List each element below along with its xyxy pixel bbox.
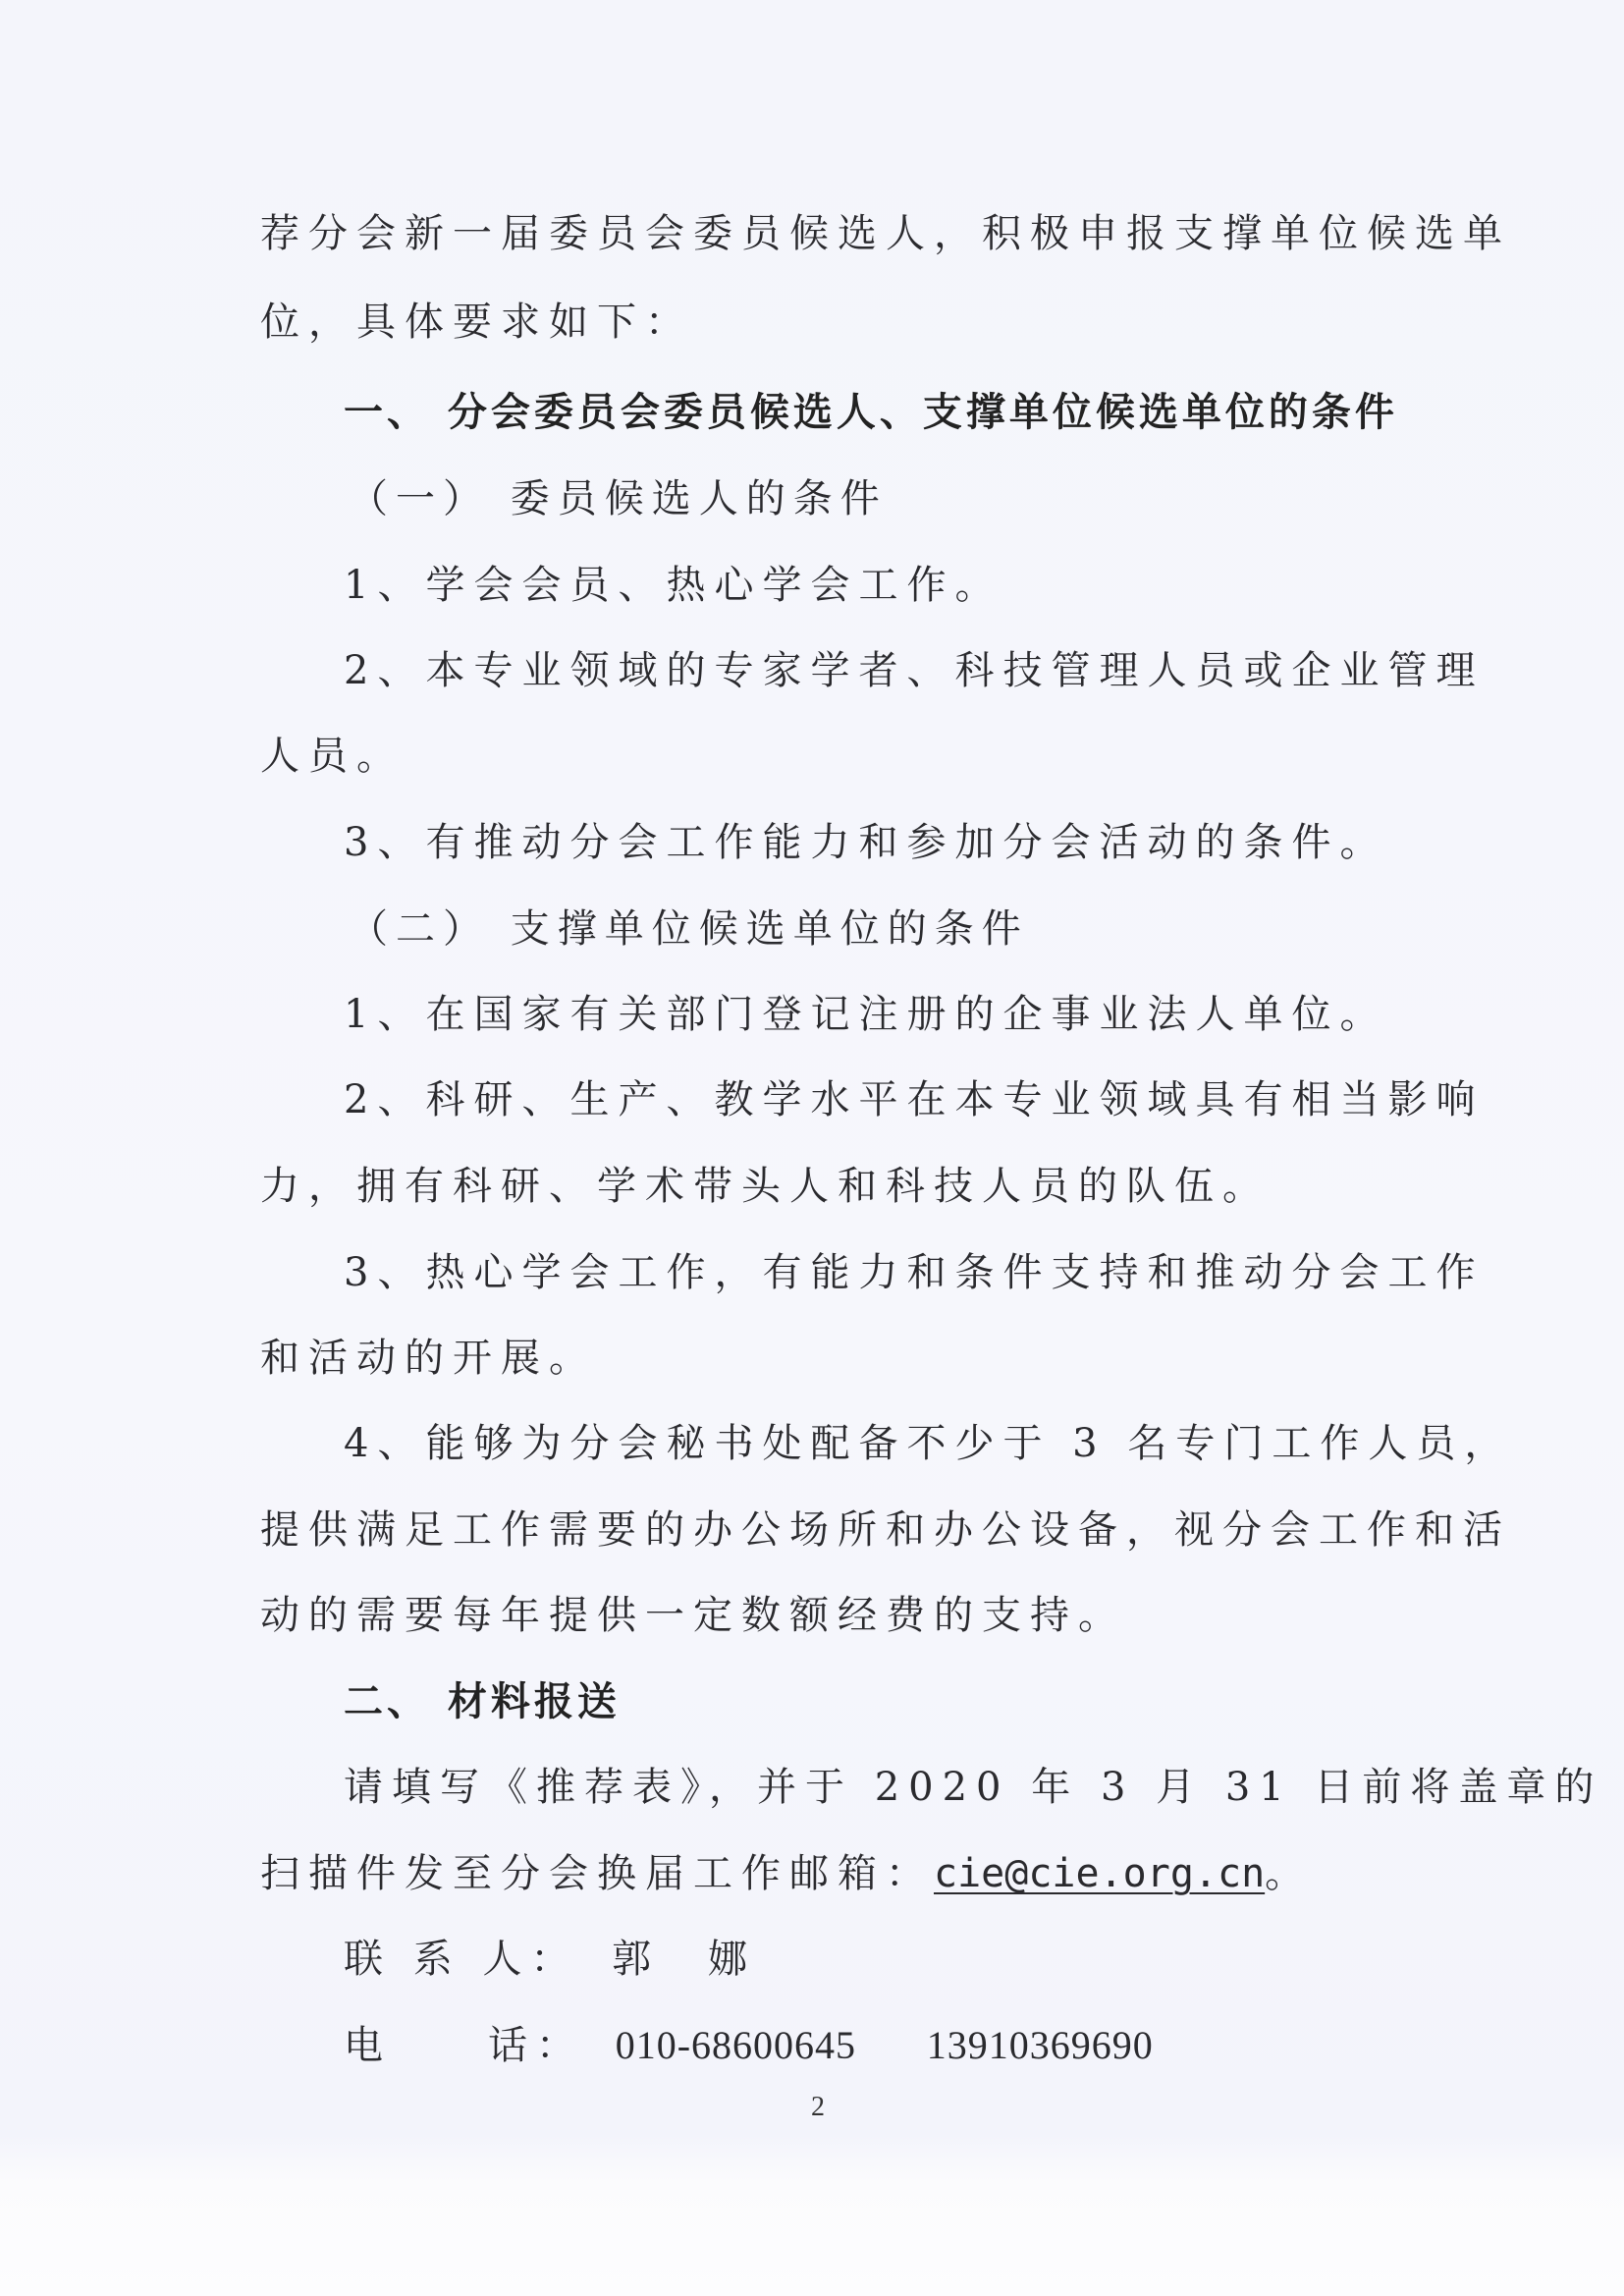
intro-line-1: 荐分会新一届委员会委员候选人，积极申报支撑单位候选单 <box>260 206 1511 261</box>
section-2-heading: 二、 材料报送 <box>344 1674 621 1729</box>
email-link[interactable]: cie@cie.org.cn <box>934 1851 1265 1896</box>
contact-name: 郭 娜 <box>612 1937 756 1982</box>
intro-line-2: 位，具体要求如下： <box>260 295 693 350</box>
candidate-condition-1: 1、学会会员、热心学会工作。 <box>344 558 1002 613</box>
unit-condition-4-cont-1: 提供满足工作需要的办公场所和办公设备，视分会工作和活 <box>260 1503 1511 1558</box>
candidate-condition-3: 3、有推动分会工作能力和参加分会活动的条件。 <box>344 815 1387 870</box>
phone-mobile: 13910369690 <box>927 2023 1154 2067</box>
unit-condition-4-cont-2: 动的需要每年提供一定数额经费的支持。 <box>260 1588 1126 1643</box>
submission-line-2-suffix: 。 <box>1265 1851 1313 1896</box>
unit-condition-3-cont: 和活动的开展。 <box>260 1331 597 1386</box>
scanned-page: 荐分会新一届委员会委员候选人，积极申报支撑单位候选单 位，具体要求如下： 一、 … <box>0 0 1624 2296</box>
unit-condition-4: 4、能够为分会秘书处配备不少于 3 名专门工作人员， <box>344 1416 1512 1471</box>
unit-condition-2-cont: 力，拥有科研、学术带头人和科技人员的队伍。 <box>260 1159 1271 1214</box>
unit-condition-2: 2、科研、生产、教学水平在本专业领域具有相当影响 <box>344 1072 1484 1127</box>
contact-row: 联 系 人： 郭 娜 <box>344 1932 756 1987</box>
unit-condition-1: 1、在国家有关部门登记注册的企事业法人单位。 <box>344 987 1387 1042</box>
phone-row: 电 话： 010-68600645 13910369690 <box>344 2018 1154 2073</box>
candidate-condition-2: 2、本专业领域的专家学者、科技管理人员或企业管理 <box>344 643 1484 698</box>
contact-label: 联 系 人： <box>344 1937 578 1982</box>
subsection-1-heading: （一） 委员候选人的条件 <box>349 471 888 526</box>
phone-landline: 010-68600645 <box>616 2023 856 2067</box>
submission-line-1: 请填写《推荐表》，并于 2020 年 3 月 31 日前将盖章的 <box>344 1760 1602 1815</box>
subsection-2-heading: （二） 支撑单位候选单位的条件 <box>349 902 1029 957</box>
page-number: 2 <box>811 2092 825 2123</box>
phone-label: 电 话： <box>344 2023 584 2068</box>
candidate-condition-2-cont: 人员。 <box>260 729 405 784</box>
submission-line-2: 扫描件发至分会换届工作邮箱：cie@cie.org.cn。 <box>260 1846 1313 1901</box>
unit-condition-3: 3、热心学会工作，有能力和条件支持和推动分会工作 <box>344 1245 1484 1300</box>
submission-line-2-prefix: 扫描件发至分会换届工作邮箱： <box>260 1851 934 1896</box>
section-1-heading: 一、 分会委员会委员候选人、支撑单位候选单位的条件 <box>344 385 1398 440</box>
